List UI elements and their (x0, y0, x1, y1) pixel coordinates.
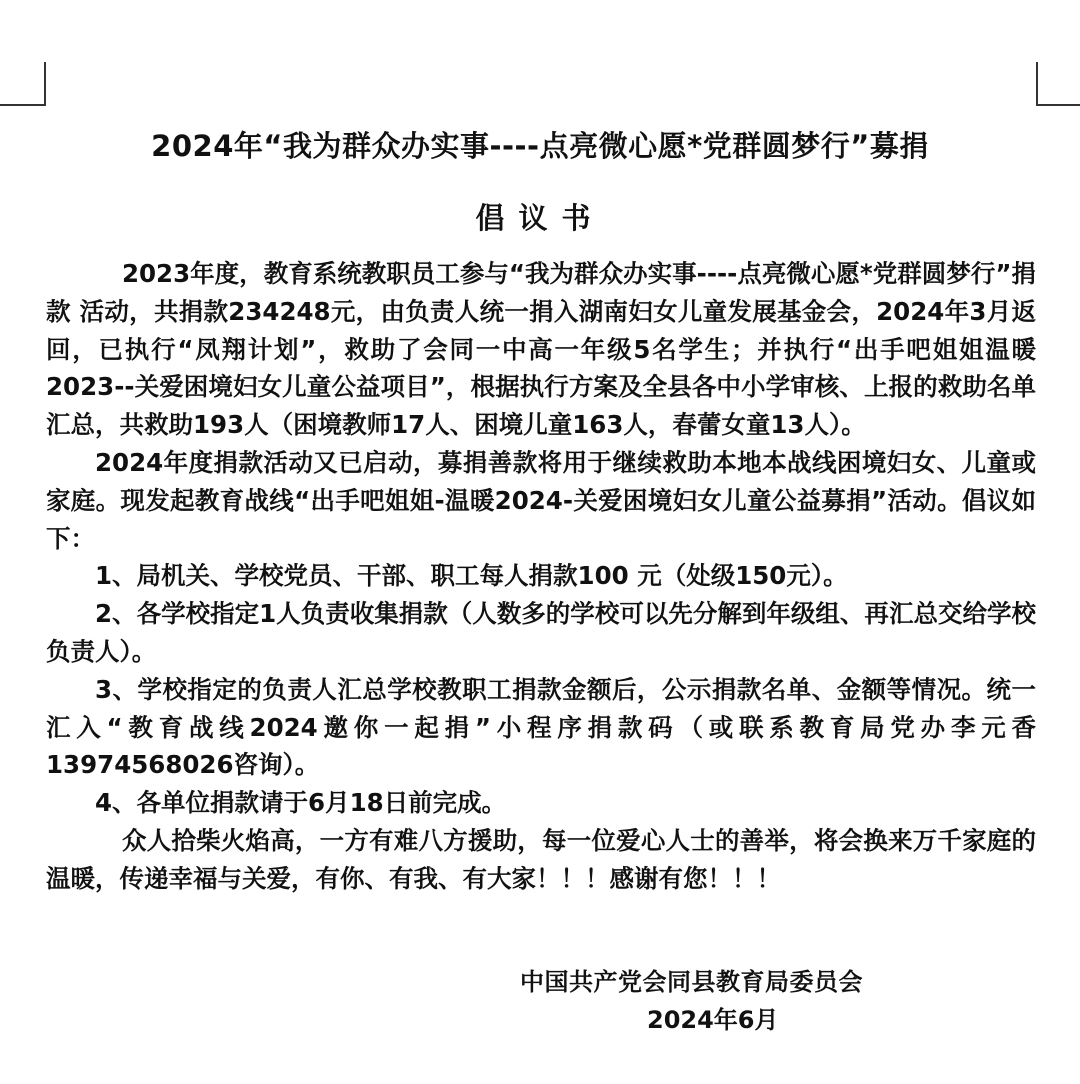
signature: 中国共产党会同县教育局委员会 (520, 962, 863, 997)
closing-paragraph: 众人拾柴火焰高，一方有难八方援助，每一位爱心人士的善举，将会换来万千家庭的温暖，… (46, 822, 1036, 898)
proposal-item: 3、学校指定的负责人汇总学校教职工捐款金额后，公示捐款名单、金额等情况。统一汇入… (46, 671, 1036, 784)
document-body: 2023年度，教育系统教职员工参与“我为群众办实事----点亮微心愿*党群圆梦行… (46, 255, 1036, 898)
page-corner-mark-top-left (0, 62, 46, 106)
paragraph-2024-launch: 2024年度捐款活动又已启动，募捐善款将用于继续救助本地本战线困境妇女、儿童或家… (46, 444, 1036, 557)
proposal-item: 4、各单位捐款请于6月18日前完成。 (46, 784, 1036, 822)
document-date: 2024年6月 (647, 1000, 779, 1035)
page-corner-mark-top-right (1036, 62, 1080, 106)
document-title: 2024年“我为群众办实事----点亮微心愿*党群圆梦行”募捐 (0, 124, 1080, 165)
paragraph-2023-summary: 2023年度，教育系统教职员工参与“我为群众办实事----点亮微心愿*党群圆梦行… (46, 255, 1036, 444)
proposal-item: 2、各学校指定1人负责收集捐款（人数多的学校可以先分解到年级组、再汇总交给学校负… (46, 595, 1036, 671)
proposal-item: 1、局机关、学校党员、干部、职工每人捐款100 元（处级150元）。 (46, 557, 1036, 595)
document-subtitle: 倡议书 (0, 196, 1080, 237)
